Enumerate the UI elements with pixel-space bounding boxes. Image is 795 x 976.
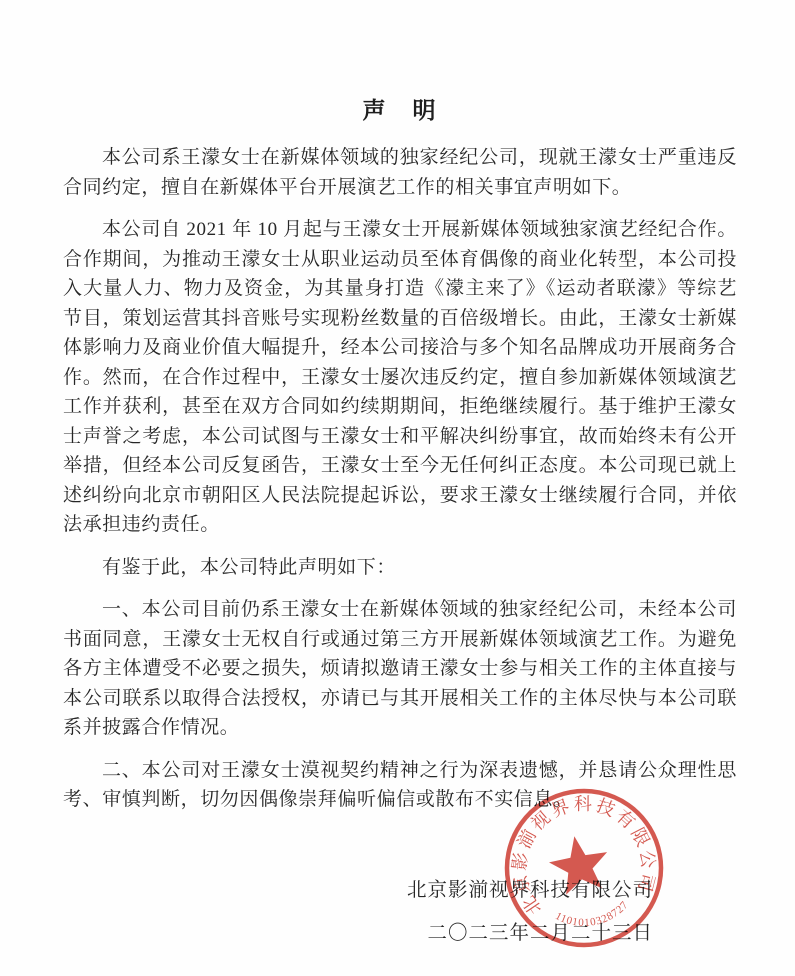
signature-block: 北京影湔视界科技有限公司 二〇二三年二月二十三日	[63, 869, 737, 955]
statement-body: 声 明 本公司系王濛女士在新媒体领域的独家经纪公司，现就王濛女士严重违反合同约定…	[63, 0, 737, 955]
signature-company: 北京影湔视界科技有限公司	[63, 869, 653, 912]
statement-paragraph-lead-in: 有鉴于此，本公司特此声明如下：	[63, 553, 737, 583]
statement-title: 声 明	[63, 0, 737, 125]
statement-page: 声 明 本公司系王濛女士在新媒体领域的独家经纪公司，现就王濛女士严重违反合同约定…	[0, 0, 795, 976]
statement-paragraph-background: 本公司自 2021 年 10 月起与王濛女士开展新媒体领域独家演艺经纪合作。合作…	[63, 215, 737, 540]
statement-item-two: 二、本公司对王濛女士漠视契约精神之行为深表遗憾，并恳请公众理性思考、审慎判断，切…	[63, 756, 737, 815]
signature-date: 二〇二三年二月二十三日	[63, 912, 653, 955]
statement-item-one: 一、本公司目前仍系王濛女士在新媒体领域的独家经纪公司，未经本公司书面同意，王濛女…	[63, 595, 737, 743]
statement-paragraph-intro: 本公司系王濛女士在新媒体领域的独家经纪公司，现就王濛女士严重违反合同约定，擅自在…	[63, 143, 737, 202]
